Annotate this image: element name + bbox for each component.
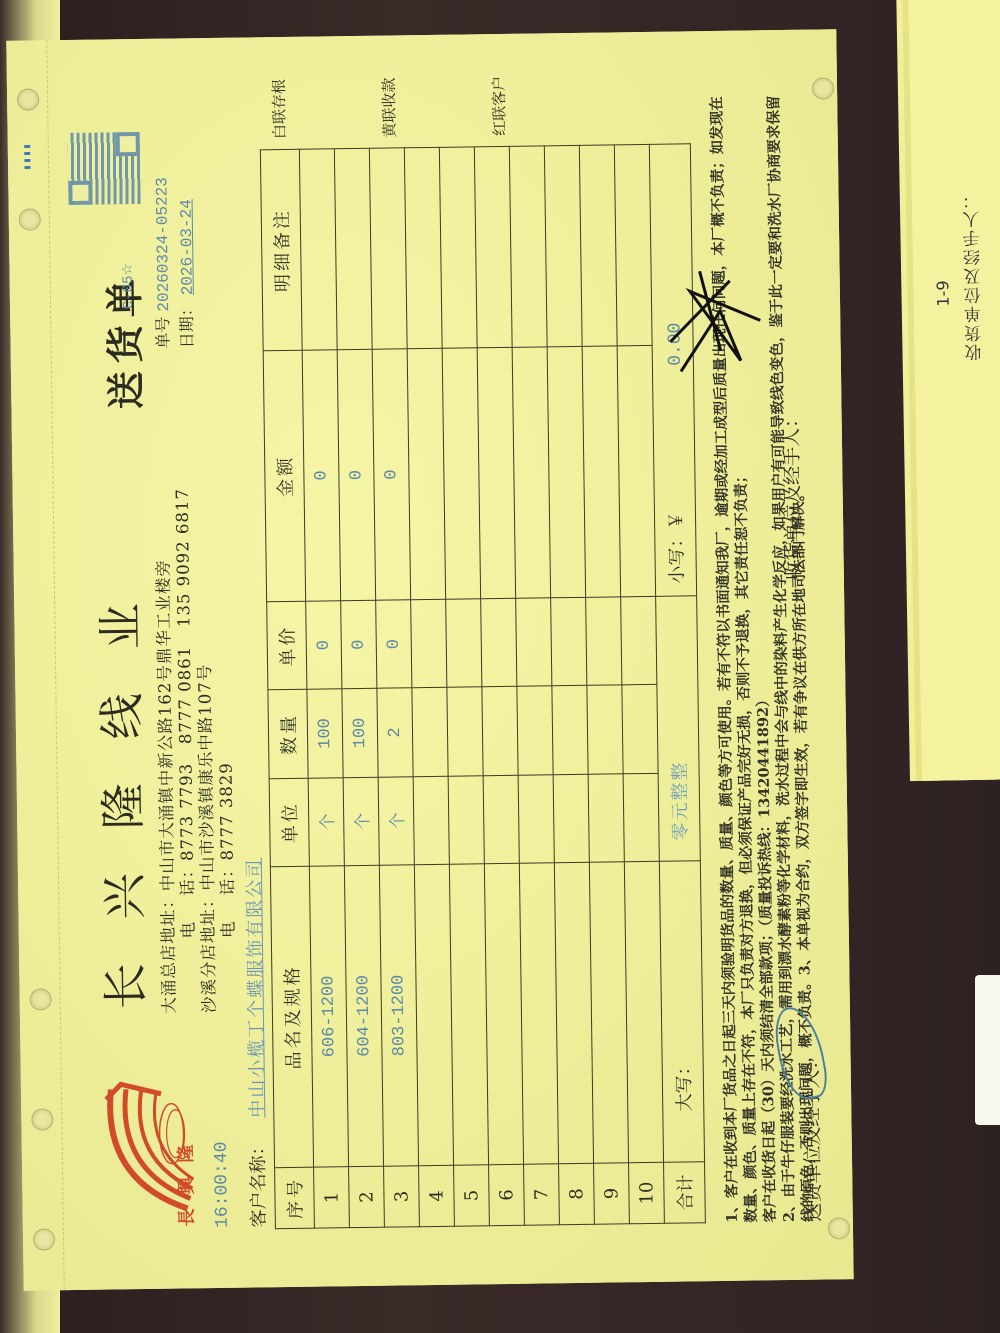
cell-price [551, 597, 587, 686]
cell-seq: 6 [489, 1164, 525, 1225]
cell-seq: 9 [594, 1163, 630, 1224]
cell-remark [579, 145, 617, 346]
paper-corner [975, 975, 1000, 1125]
cell-name: 803-1200 [379, 865, 418, 1166]
cell-name [589, 862, 628, 1163]
cell-remark [334, 148, 372, 349]
cell-amount [512, 347, 551, 598]
cell-amount [442, 348, 481, 599]
cell-unit [623, 773, 659, 862]
total-upper-value: 零元整整 [656, 596, 701, 862]
cell-price [516, 598, 552, 687]
cell-remark [404, 147, 442, 348]
cell-qty [517, 686, 553, 775]
cell-unit [553, 774, 589, 863]
customer-label: 客户名称： [248, 1137, 270, 1227]
cell-remark [439, 147, 477, 348]
cell-amount [547, 346, 586, 597]
logo-text: 長興隆 [172, 1130, 199, 1226]
date-value: 2026-03-24 [178, 199, 197, 295]
cell-seq: 5 [454, 1165, 490, 1226]
adjacent-receipt-stack: 收货单位及经手人： 1-9 [908, 0, 1000, 781]
cell-remark [509, 146, 547, 347]
cell-seq: 2 [349, 1166, 385, 1227]
order-date: 日期： 2026-03-24 [173, 199, 198, 348]
printer-mark: ▮▮▮▮ [22, 142, 33, 170]
cell-name [449, 864, 488, 1165]
cell-amount: 0 [337, 349, 376, 600]
cell-seq: 10 [629, 1162, 665, 1223]
cell-unit [483, 775, 519, 864]
cell-remark [474, 146, 512, 347]
cell-unit [518, 774, 554, 863]
cell-seq: 8 [559, 1163, 595, 1224]
cell-seq: 4 [419, 1165, 455, 1226]
order-number-label: 单号 [153, 317, 172, 349]
cell-unit [413, 776, 449, 865]
cell-remark [614, 144, 652, 345]
cell-qty [622, 685, 658, 774]
print-time: 16:00:40 [212, 1141, 233, 1228]
cell-name [484, 863, 523, 1164]
cell-name: 606-1200 [309, 866, 348, 1167]
cell-qty [447, 687, 483, 776]
cell-price [411, 599, 447, 688]
cell-seq: 7 [524, 1164, 560, 1225]
qr-code-icon [68, 132, 141, 205]
receipt-paper: ▮▮▮▮ 長興隆 16:00:40 长兴隆线业 送货单 大涌总店地址：中山市大涌… [6, 29, 853, 1290]
cell-name [554, 862, 593, 1163]
cell-seq: 1 [314, 1167, 350, 1228]
order-number-value: 20260324-05223 [153, 177, 173, 312]
copy-labels: 白联存根 黄联收款 红联客户 [269, 75, 600, 140]
copy-white-stub: 白联存根 [269, 79, 290, 139]
copy-code: C-05☆ [119, 263, 137, 309]
items-table: 序号 品名及规格 单位 数量 单价 金额 明细备注 1 606-1200 个 1… [260, 143, 706, 1229]
cell-remark [544, 145, 582, 346]
cell-unit [588, 773, 624, 862]
tractor-hole [31, 1108, 53, 1130]
cell-qty: 2 [377, 688, 413, 777]
total-lower-label: 小写：￥ [666, 511, 688, 583]
header-remark: 明细备注 [260, 149, 302, 351]
cell-price: 0 [341, 600, 377, 689]
total-label: 合计 [664, 1162, 706, 1224]
cell-unit [448, 775, 484, 864]
cell-price: 0 [376, 600, 412, 689]
adjacent-receiver-label: 收货单位及经手人： [960, 190, 988, 361]
receiver-signature-scribble [659, 260, 771, 382]
tractor-hole [828, 1217, 850, 1239]
cell-unit: 个 [378, 776, 414, 865]
header-qty: 数量 [268, 690, 308, 779]
cell-amount [477, 347, 516, 598]
date-label: 日期： [177, 300, 197, 348]
cell-unit: 个 [308, 777, 344, 866]
branch-phone: 电 话：8777 3829 [212, 762, 239, 1013]
header-name: 品名及规格 [270, 866, 313, 1168]
cell-name: 604-1200 [344, 865, 383, 1166]
company-title: 长兴隆线业 [84, 559, 156, 1010]
cell-price [481, 598, 517, 687]
cell-qty: 100 [307, 689, 343, 778]
delivery-receipt: ▮▮▮▮ 長興隆 16:00:40 长兴隆线业 送货单 大涌总店地址：中山市大涌… [6, 29, 853, 1290]
cell-amount [617, 345, 656, 596]
header-seq: 序号 [275, 1167, 315, 1229]
copy-yellow-payment: 黄联收款 [379, 77, 400, 137]
cell-name [519, 863, 558, 1164]
cell-amount [582, 346, 621, 597]
cell-remark [299, 149, 337, 350]
cell-price [446, 599, 482, 688]
cell-price [621, 596, 657, 685]
receiver-signature-field: 收货单位及经手人： [777, 409, 806, 580]
cell-amount [407, 348, 446, 599]
cell-name [624, 861, 663, 1162]
cell-amount: 0 [302, 350, 341, 601]
customer-name: 中山小榄丁个蝶服饰有限公司 [244, 858, 269, 1118]
cell-name [414, 864, 453, 1165]
cell-qty [552, 686, 588, 775]
cell-price: 0 [306, 601, 342, 690]
tractor-hole [812, 77, 834, 99]
total-upper-label: 大写： [659, 861, 704, 1163]
cell-remark [369, 148, 407, 349]
cell-qty: 100 [342, 689, 378, 778]
cell-seq: 3 [384, 1166, 420, 1227]
adjacent-handwritten-note: 1-9 [933, 280, 952, 306]
cell-qty [412, 688, 448, 777]
cell-qty [587, 685, 623, 774]
header-amount: 金额 [263, 350, 306, 602]
cell-price [586, 597, 622, 686]
cell-qty [482, 687, 518, 776]
header-price: 单价 [267, 601, 307, 690]
cell-unit: 个 [343, 777, 379, 866]
copy-red-customer: 红联客户 [489, 76, 510, 136]
customer-field: 客户名称： 中山小榄丁个蝶服饰有限公司 [240, 858, 271, 1228]
cell-amount: 0 [372, 349, 411, 600]
order-number: 单号 20260324-05223 [148, 177, 173, 349]
header-unit: 单位 [269, 778, 309, 867]
